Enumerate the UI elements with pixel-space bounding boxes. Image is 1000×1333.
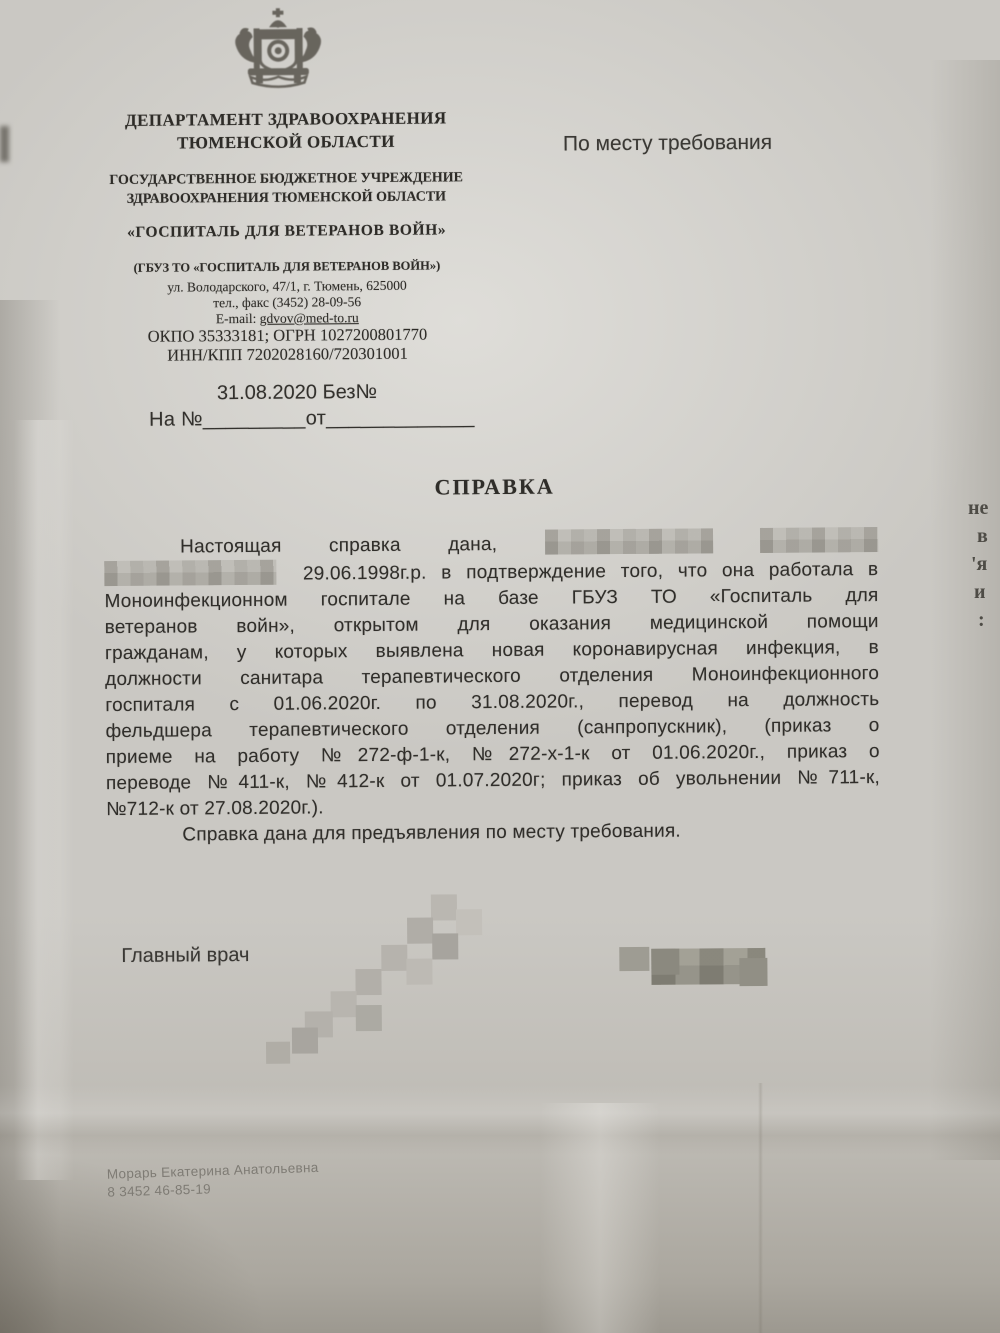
executor-contact-note: Морарь Екатерина Анатольевна 8 3452 46-8… [107,1159,320,1202]
body-line: Справка дана для предъявления по месту т… [106,817,880,849]
body-paragraph: Настоящая справка дана, 29.06.1998г.р. в… [104,527,880,849]
email-label: E-mail: [216,311,260,326]
date-number-line: 31.08.2020 Без№ [217,381,377,405]
chief-doctor-label: Главный врач [121,944,249,968]
inn-kpp-line: ИНН/КПП 7202028160/720301001 [87,343,489,366]
email-address: gdvov@med-to.ru [260,310,359,326]
letterhead-department: ДЕПАРТАМЕНТ ЗДРАВООХРАНЕНИЯ ТЮМЕНСКОЙ ОБ… [85,106,487,155]
institution-line-2: ЗДРАВООХРАНЕНИЯ ТЮМЕНСКОЙ ОБЛАСТИ [85,187,487,209]
recipient-line: По месту требования [563,131,772,157]
document-paper: ДЕПАРТАМЕНТ ЗДРАВООХРАНЕНИЯ ТЮМЕНСКОЙ ОБ… [0,0,1000,1333]
department-line-2: ТЮМЕНСКОЙ ОБЛАСТИ [85,129,487,155]
letterhead-institution: ГОСУДАРСТВЕННОЕ БЮДЖЕТНОЕ УЧРЕЖДЕНИЕ ЗДР… [85,168,487,209]
department-line-1: ДЕПАРТАМЕНТ ЗДРАВООХРАНЕНИЯ [85,106,487,132]
redacted-name-block [760,527,878,553]
redacted-signature [0,0,996,4]
redacted-signer-name [0,0,996,4]
redacted-name-block [545,528,713,554]
redacted-name-block [104,560,276,586]
tyumen-coat-of-arms-icon [226,6,331,101]
body-line-1-text: Настоящая справка дана, [180,534,497,557]
hospital-name: «ГОСПИТАЛЬ ДЛЯ ВЕТЕРАНОВ ВОЙН» [86,221,488,242]
document-title: СПРАВКА [350,473,640,501]
incoming-reference-line: На №_________от_____________ [149,406,475,432]
body-line-2-text: 29.06.1998г.р. в подтверждение того, что… [303,559,878,585]
hospital-short-name: (ГБУЗ ТО «ГОСПИТАЛЬ ДЛЯ ВЕТЕРАНОВ ВОЙН») [86,258,488,276]
photo-background: не в 'я и : [0,0,1000,1333]
